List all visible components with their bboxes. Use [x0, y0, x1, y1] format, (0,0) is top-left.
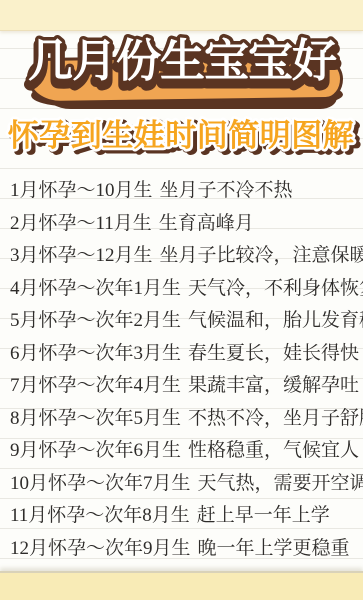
month-note-text: 坐月子比较冷，注意保暖 [160, 245, 363, 266]
pregnancy-range-text: 1月怀孕～10月生 [10, 180, 153, 201]
month-note-text: 不热不冷，坐月子舒服 [188, 408, 363, 429]
month-note-text: 赶上早一年上学 [197, 505, 330, 526]
pregnancy-range-text: 8月怀孕～次年5月生 [10, 408, 181, 429]
month-note-text: 性格稳重，气候宜人 [188, 440, 359, 461]
pregnancy-range-text: 3月怀孕～12月生 [10, 245, 153, 266]
list-item: 10月怀孕～次年7月生天气热，需要开空调 [10, 468, 361, 501]
list-item: 8月怀孕～次年5月生不热不冷，坐月子舒服 [10, 403, 361, 436]
month-note-text: 气候温和，胎儿发育稳 [188, 310, 363, 331]
page-subtitle-graphic: 怀孕到生娃时间简明图解 怀孕到生娃时间简明图解 [0, 100, 363, 164]
month-note-text: 晚一年上学更稳重 [198, 538, 350, 559]
pregnancy-range-text: 2月怀孕～11月生 [10, 213, 152, 234]
pregnancy-range-text: 12月怀孕～次年9月生 [10, 538, 191, 559]
pregnancy-range-text: 10月怀孕～次年7月生 [10, 473, 191, 494]
pregnancy-range-text: 11月怀孕～次年8月生 [10, 505, 190, 526]
pregnancy-range-text: 9月怀孕～次年6月生 [10, 440, 181, 461]
month-note-text: 果蔬丰富，缓解孕吐 [188, 375, 359, 396]
pregnancy-range-text: 4月怀孕～次年1月生 [10, 278, 181, 299]
bottom-cream-band [0, 571, 363, 600]
month-note-text: 生育高峰月 [159, 213, 254, 234]
pregnancy-range-text: 7月怀孕～次年4月生 [10, 375, 181, 396]
list-item: 3月怀孕～12月生坐月子比较冷，注意保暖 [10, 240, 361, 273]
page-subtitle: 怀孕到生娃时间简明图解 [7, 118, 355, 153]
list-item: 7月怀孕～次年4月生果蔬丰富，缓解孕吐 [10, 370, 361, 403]
list-item: 5月怀孕～次年2月生气候温和，胎儿发育稳 [10, 305, 361, 338]
list-item: 1月怀孕～10月生坐月子不冷不热 [10, 175, 361, 208]
month-list: 1月怀孕～10月生坐月子不冷不热 2月怀孕～11月生生育高峰月 3月怀孕～12月… [10, 175, 361, 566]
list-item: 2月怀孕～11月生生育高峰月 [10, 208, 361, 241]
top-cream-band [0, 0, 363, 31]
month-note-text: 天气热，需要开空调 [198, 473, 363, 494]
list-item: 12月怀孕～次年9月生晚一年上学更稳重 [10, 533, 361, 566]
month-note-text: 天气冷，不利身体恢复 [188, 278, 363, 299]
list-item: 6月怀孕～次年3月生春生夏长，娃长得快 [10, 338, 361, 371]
list-item: 11月怀孕～次年8月生赶上早一年上学 [10, 500, 361, 533]
month-note-text: 春生夏长，娃长得快 [188, 343, 359, 364]
list-item: 4月怀孕～次年1月生天气冷，不利身体恢复 [10, 273, 361, 306]
page-title: 几月份生宝宝好 [28, 35, 337, 86]
list-item: 9月怀孕～次年6月生性格稳重，气候宜人 [10, 435, 361, 468]
pregnancy-range-text: 5月怀孕～次年2月生 [10, 310, 181, 331]
infographic-card: 几月份生宝宝好 几月份生宝宝好 怀孕到生娃时间简明图解 怀孕到生娃时间简明图解 … [0, 0, 363, 600]
month-note-text: 坐月子不冷不热 [160, 180, 293, 201]
pregnancy-range-text: 6月怀孕～次年3月生 [10, 343, 181, 364]
